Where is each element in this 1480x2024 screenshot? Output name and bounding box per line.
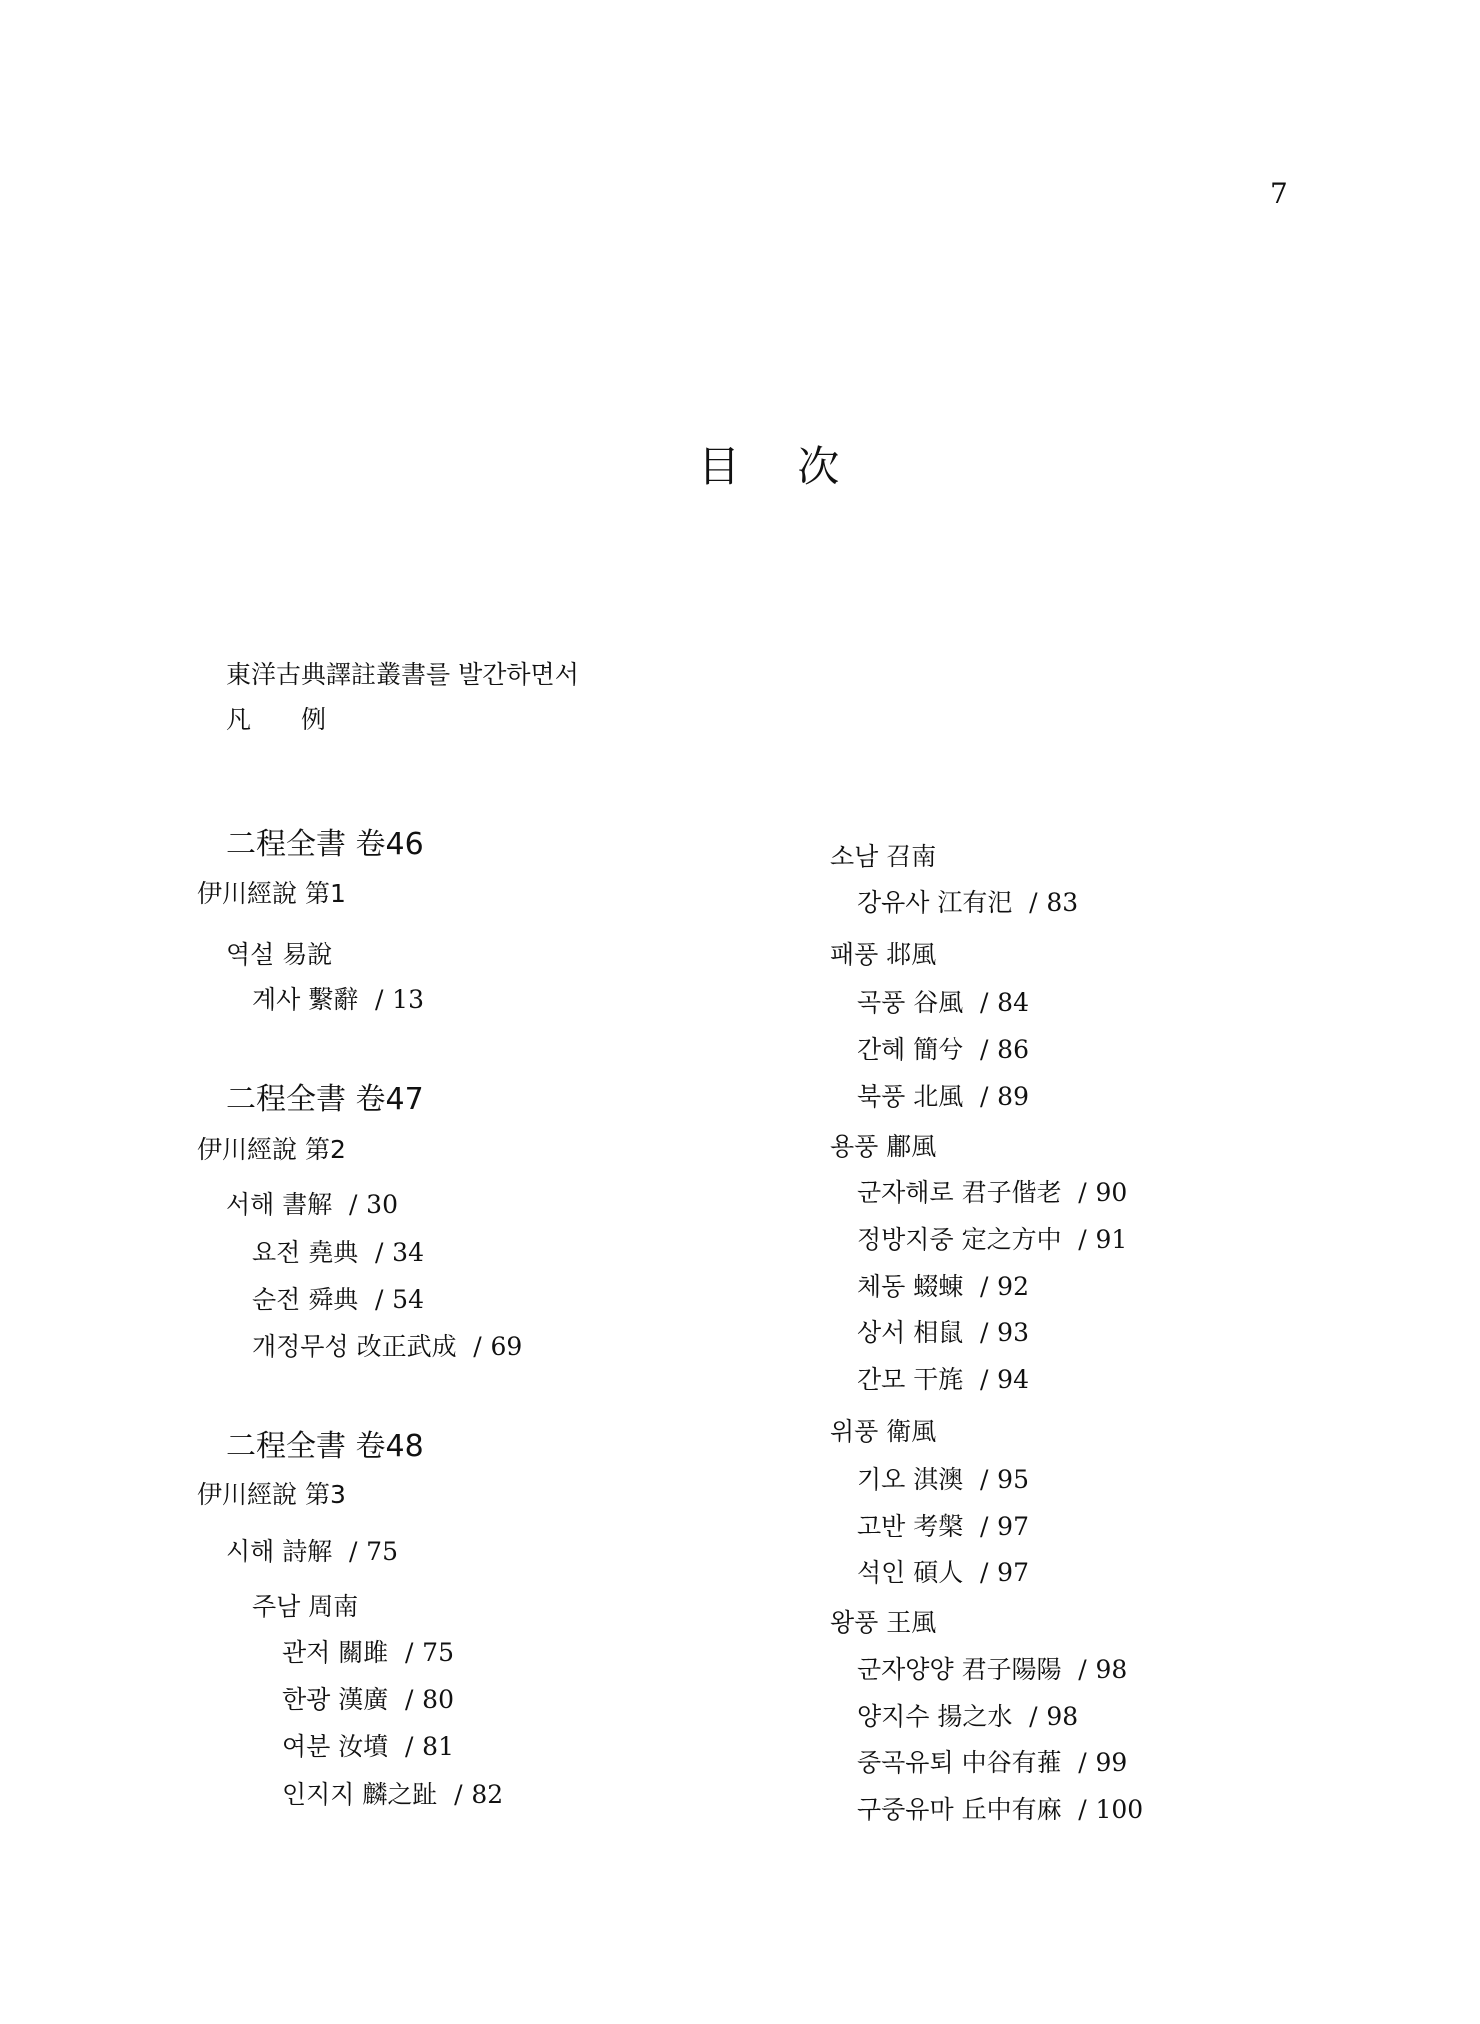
entry-korean: 구중유마 [857,1795,954,1824]
entry-korean: 관저 [282,1638,330,1667]
separator: / [1078,1225,1086,1254]
toc-entry[interactable]: 개정무성 改正武成 /69 [252,1334,522,1359]
toc-entry[interactable]: 소남 召南 [830,844,936,869]
separator: / [473,1332,481,1361]
entry-hanja: 衛風 [886,1417,936,1446]
entry-korean: 계사 [252,985,300,1014]
entry-hanja: 詩解 [282,1537,332,1566]
entry-korean: 기오 [857,1465,905,1494]
entry-hanja: 王風 [886,1608,936,1637]
toc-entry[interactable]: 기오 淇澳 /95 [857,1467,1029,1492]
page-number: 7 [1270,180,1288,208]
separator: / [405,1685,413,1714]
toc-entry[interactable]: 군자양양 君子陽陽 /98 [857,1657,1127,1682]
entry-hanja: 繫辭 [308,985,358,1014]
entry-hanja: 漢廣 [338,1685,388,1714]
toc-entry[interactable]: 고반 考槃 /97 [857,1514,1029,1539]
entry-korean: 곡풍 [857,988,905,1017]
volume-heading: 二程全書 卷48 [226,1432,424,1462]
entry-page-number: 75 [366,1537,398,1566]
entry-hanja: 召南 [886,842,936,871]
entry-korean: 서해 [226,1190,274,1219]
entry-page-number: 69 [490,1332,522,1361]
entry-korean: 용풍 [830,1132,878,1161]
toc-entry[interactable]: 계사 繫辭 /13 [252,987,424,1012]
entry-hanja: 考槃 [913,1512,963,1541]
entry-hanja: 谷風 [913,988,963,1017]
entry-korean: 주남 [252,1592,300,1621]
entry-korean: 역설 [226,940,274,969]
entry-page-number: 97 [997,1512,1029,1541]
entry-korean: 정방지중 [857,1225,954,1254]
entry-page-number: 99 [1095,1748,1127,1777]
entry-page-number: 30 [366,1190,398,1219]
entry-hanja: 碩人 [913,1558,963,1587]
entry-hanja: 汝墳 [338,1732,388,1761]
part-heading: 伊川經說 第2 [197,1137,346,1162]
entry-hanja: 關雎 [338,1638,388,1667]
toc-entry[interactable]: 곡풍 谷風 /84 [857,990,1029,1015]
entry-page-number: 91 [1095,1225,1127,1254]
entry-hanja: 丘中有麻 [962,1795,1062,1824]
entry-hanja: 中谷有蓷 [962,1748,1062,1777]
entry-korean: 패풍 [830,940,878,969]
separator: / [1029,888,1037,917]
entry-hanja: 干旄 [913,1365,963,1394]
entry-hanja: 周南 [308,1592,358,1621]
separator: / [405,1732,413,1761]
toc-entry[interactable]: 요전 堯典 /34 [252,1240,424,1265]
toc-entry[interactable]: 상서 相鼠 /93 [857,1320,1029,1345]
toc-entry[interactable]: 순전 舜典 /54 [252,1287,424,1312]
toc-entry[interactable]: 중곡유퇴 中谷有蓷 /99 [857,1750,1127,1775]
separator: / [349,1537,357,1566]
toc-entry[interactable]: 북풍 北風 /89 [857,1084,1029,1109]
entry-korean: 왕풍 [830,1608,878,1637]
separator: / [375,985,383,1014]
toc-entry[interactable]: 강유사 江有汜 /83 [857,890,1078,915]
separator: / [375,1238,383,1267]
entry-page-number: 82 [471,1780,503,1809]
entry-korean: 석인 [857,1558,905,1587]
entry-hanja: 舜典 [308,1285,358,1314]
entry-page-number: 13 [392,985,424,1014]
toc-entry[interactable]: 주남 周南 [252,1594,358,1619]
entry-page-number: 89 [997,1082,1029,1111]
toc-entry[interactable]: 체동 蝃蝀 /92 [857,1274,1029,1299]
toc-entry[interactable]: 서해 書解 /30 [226,1192,398,1217]
part-heading: 伊川經說 第3 [197,1482,346,1507]
entry-korean: 한광 [282,1685,330,1714]
entry-hanja: 改正武成 [357,1332,457,1361]
separator: / [1078,1795,1086,1824]
toc-entry[interactable]: 한광 漢廣 /80 [282,1687,454,1712]
entry-page-number: 34 [392,1238,424,1267]
toc-entry[interactable]: 양지수 揚之水 /98 [857,1704,1078,1729]
toc-entry[interactable]: 간모 干旄 /94 [857,1367,1029,1392]
entry-korean: 상서 [857,1318,905,1347]
toc-entry[interactable]: 구중유마 丘中有麻 /100 [857,1797,1143,1822]
separator: / [1078,1655,1086,1684]
entry-hanja: 江有汜 [937,888,1012,917]
entry-page-number: 86 [997,1035,1029,1064]
entry-hanja: 君子偕老 [962,1178,1062,1207]
entry-page-number: 98 [1095,1655,1127,1684]
entry-page-number: 54 [392,1285,424,1314]
separator: / [980,1558,988,1587]
toc-entry[interactable]: 역설 易說 [226,942,332,967]
entry-page-number: 84 [997,988,1029,1017]
toc-entry[interactable]: 인지지 麟之趾 /82 [282,1782,503,1807]
entry-korean: 양지수 [857,1702,929,1731]
entry-korean: 시해 [226,1537,274,1566]
separator: / [349,1190,357,1219]
entry-korean: 군자양양 [857,1655,954,1684]
entry-page-number: 80 [422,1685,454,1714]
entry-korean: 간모 [857,1365,905,1394]
separator: / [980,1318,988,1347]
entry-page-number: 90 [1095,1178,1127,1207]
entry-hanja: 簡兮 [913,1035,963,1064]
entry-hanja: 麟之趾 [362,1780,437,1809]
entry-page-number: 95 [997,1465,1029,1494]
front-matter-item[interactable]: 凡 例 [226,707,326,732]
entry-page-number: 92 [997,1272,1029,1301]
separator: / [980,1365,988,1394]
entry-page-number: 83 [1046,888,1078,917]
separator: / [980,1465,988,1494]
entry-page-number: 81 [422,1732,454,1761]
entry-korean: 북풍 [857,1082,905,1111]
entry-page-number: 94 [997,1365,1029,1394]
separator: / [1029,1702,1037,1731]
entry-korean: 체동 [857,1272,905,1301]
entry-korean: 강유사 [857,888,929,917]
separator: / [980,1512,988,1541]
toc-entry[interactable]: 간혜 簡兮 /86 [857,1037,1029,1062]
front-matter-item[interactable]: 東洋古典譯註叢書를 발간하면서 [226,662,579,687]
entry-korean: 인지지 [282,1780,354,1809]
separator: / [980,1272,988,1301]
entry-hanja: 北風 [913,1082,963,1111]
entry-hanja: 堯典 [308,1238,358,1267]
separator: / [980,1035,988,1064]
entry-korean: 위풍 [830,1417,878,1446]
entry-page-number: 98 [1046,1702,1078,1731]
toc-entry[interactable]: 왕풍 王風 [830,1610,936,1635]
toc-entry[interactable]: 용풍 鄘風 [830,1134,936,1159]
separator: / [980,988,988,1017]
separator: / [454,1780,462,1809]
entry-hanja: 定之方中 [962,1225,1062,1254]
separator: / [1078,1748,1086,1777]
entry-korean: 개정무성 [252,1332,349,1361]
entry-korean: 중곡유퇴 [857,1748,954,1777]
entry-korean: 요전 [252,1238,300,1267]
entry-korean: 여분 [282,1732,330,1761]
entry-korean: 소남 [830,842,878,871]
entry-hanja: 揚之水 [937,1702,1012,1731]
entry-hanja: 君子陽陽 [962,1655,1062,1684]
separator: / [405,1638,413,1667]
separator: / [375,1285,383,1314]
entry-page-number: 75 [422,1638,454,1667]
entry-page-number: 97 [997,1558,1029,1587]
entry-korean: 순전 [252,1285,300,1314]
toc-entry[interactable]: 여분 汝墳 /81 [282,1734,454,1759]
toc-entry[interactable]: 관저 關雎 /75 [282,1640,454,1665]
entry-korean: 고반 [857,1512,905,1541]
entry-korean: 간혜 [857,1035,905,1064]
entry-korean: 군자해로 [857,1178,954,1207]
page-title: 目 次 [698,446,861,488]
entry-page-number: 100 [1095,1795,1143,1824]
entry-hanja: 蝃蝀 [913,1272,963,1301]
toc-entry[interactable]: 패풍 邶風 [830,942,936,967]
toc-entry[interactable]: 위풍 衛風 [830,1419,936,1444]
volume-heading: 二程全書 卷47 [226,1085,424,1115]
entry-hanja: 淇澳 [913,1465,963,1494]
entry-hanja: 邶風 [886,940,936,969]
entry-hanja: 易說 [282,940,332,969]
entry-page-number: 93 [997,1318,1029,1347]
entry-hanja: 鄘風 [886,1132,936,1161]
toc-entry[interactable]: 석인 碩人 /97 [857,1560,1029,1585]
toc-entry[interactable]: 군자해로 君子偕老 /90 [857,1180,1127,1205]
entry-hanja: 相鼠 [913,1318,963,1347]
volume-heading: 二程全書 卷46 [226,830,424,860]
entry-hanja: 書解 [282,1190,332,1219]
separator: / [1078,1178,1086,1207]
toc-entry[interactable]: 정방지중 定之方中 /91 [857,1227,1127,1252]
separator: / [980,1082,988,1111]
part-heading: 伊川經說 第1 [197,881,346,906]
toc-entry[interactable]: 시해 詩解 /75 [226,1539,398,1564]
